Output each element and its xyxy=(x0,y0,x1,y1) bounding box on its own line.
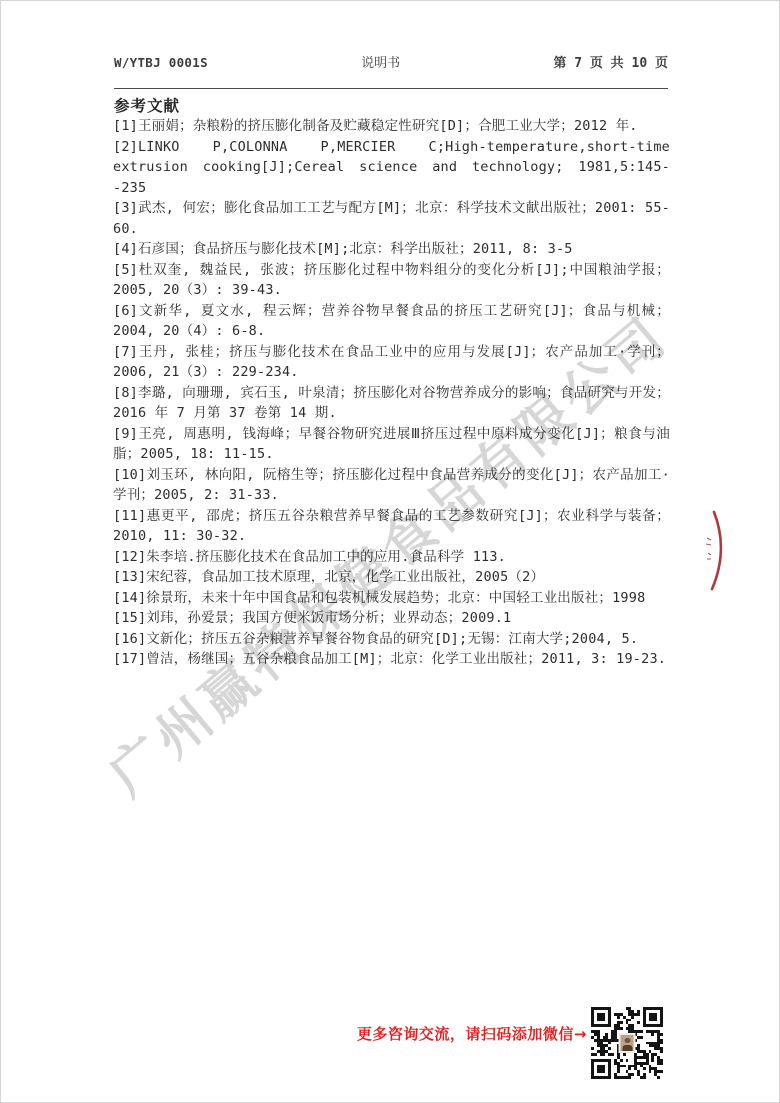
qr-avatar xyxy=(619,1033,636,1053)
wechat-qr-code xyxy=(591,1007,663,1079)
reference-entry: [3]武杰, 何宏；膨化食品加工工艺与配方[M]；北京：科学技术文献出版社；20… xyxy=(113,198,670,239)
reference-entry: [7]王丹, 张桂；挤压与膨化技术在食品工业中的应用与发展[J]；农产品加工·学… xyxy=(113,342,670,383)
references-list: [1]王丽娟；杂粮粉的挤压膨化制备及贮藏稳定性研究[D]；合肥工业大学；2012… xyxy=(113,116,670,670)
header-doc-code: W/YTBJ 0001S xyxy=(114,55,208,70)
promo-text: 更多咨询交流，请扫码添加微信→ xyxy=(357,1023,587,1044)
header-title: 说明书 xyxy=(361,52,400,71)
reference-entry: [16]文新化；挤压五谷杂粮营养早餐谷物食品的研究[D];无锡：江南大学;200… xyxy=(113,629,670,650)
reference-entry: [8]李璐, 向珊珊, 宾石玉, 叶泉清；挤压膨化对谷物营养成分的影响；食品研究… xyxy=(113,383,670,424)
header-page-info: 第 7 页 共 10 页 xyxy=(553,52,668,71)
section-title: 参考文献 xyxy=(114,94,180,116)
reference-entry: [14]徐景珩，未来十年中国食品和包装机械发展趋势；北京：中国轻工业出版社；19… xyxy=(113,588,670,609)
header-divider xyxy=(114,88,668,89)
qr-finder-icon xyxy=(591,1007,611,1027)
reference-entry: [5]杜双奎, 魏益民, 张波；挤压膨化过程中物料组分的变化分析[J];中国粮油… xyxy=(113,260,670,301)
page-header: W/YTBJ 0001S 说明书 第 7 页 共 10 页 xyxy=(114,52,668,71)
red-seal-fragment xyxy=(698,505,728,597)
footer-promo: 更多咨询交流，请扫码添加微信→ xyxy=(357,1007,663,1079)
reference-entry: [12]朱李培.挤压膨化技术在食品加工中的应用.食品科学 113. xyxy=(113,547,670,568)
reference-entry: [17]曾洁，杨继国；五谷杂粮食品加工[M]；北京：化学工业出版社；2011, … xyxy=(113,649,670,670)
reference-entry: [2]LINKO P,COLONNA P,MERCIER C;High-temp… xyxy=(113,137,670,199)
reference-entry: [1]王丽娟；杂粮粉的挤压膨化制备及贮藏稳定性研究[D]；合肥工业大学；2012… xyxy=(113,116,670,137)
document-page: 广州赢特保健食品有限公司 W/YTBJ 0001S 说明书 第 7 页 共 10… xyxy=(0,0,780,1103)
reference-entry: [15]刘玮，孙爱景；我国方便米饭市场分析；业界动态；2009.1 xyxy=(113,608,670,629)
reference-entry: [13]宋纪蓉，食品加工技术原理，北京，化学工业出版社，2005（2） xyxy=(113,567,670,588)
reference-entry: [4]石彦国；食品挤压与膨化技术[M];北京：科学出版社；2011, 8: 3-… xyxy=(113,239,670,260)
reference-entry: [10]刘玉环, 林向阳, 阮榕生等；挤压膨化过程中食品营养成分的变化[J]；农… xyxy=(113,465,670,506)
reference-entry: [9]王亮, 周惠明, 钱海峰；早餐谷物研究进展Ⅲ挤压过程中原料成分变化[J]；… xyxy=(113,424,670,465)
qr-finder-icon xyxy=(591,1059,611,1079)
reference-entry: [6]文新华, 夏文水, 程云辉；营养谷物早餐食品的挤压工艺研究[J]；食品与机… xyxy=(113,301,670,342)
reference-entry: [11]惠更平, 邵虎；挤压五谷杂粮营养早餐食品的工艺参数研究[J]；农业科学与… xyxy=(113,506,670,547)
qr-finder-icon xyxy=(643,1007,663,1027)
